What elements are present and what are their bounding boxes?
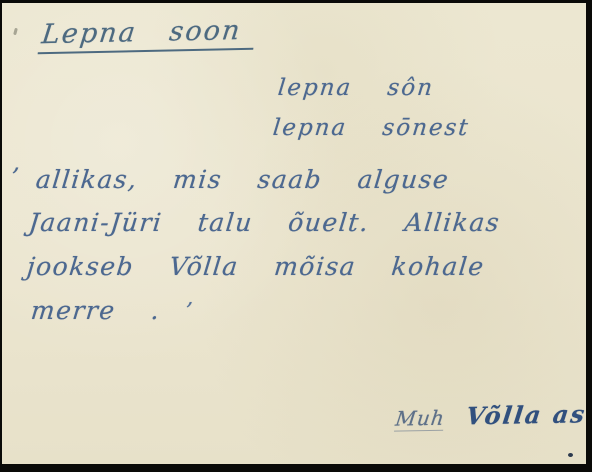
margin-tick-mark: ’ [10, 163, 21, 191]
parish-abbreviation: Muh [394, 406, 446, 432]
ink-dot [568, 453, 573, 457]
pronunciation-line-elative: lepna sōnest [272, 115, 471, 141]
description-line-4: merre . [29, 296, 162, 325]
stray-ink-mark: ’ [184, 299, 194, 324]
index-card-paper: Lepna soon lepna sôn lepna sōnest ’ alli… [2, 3, 586, 464]
place-name: Võlla as [465, 399, 588, 430]
scanned-card: Lepna soon lepna sôn lepna sōnest ’ alli… [0, 0, 592, 472]
location-signature: Muh Võlla as [394, 399, 588, 431]
card-title-underlined: Lepna soon [38, 15, 258, 54]
paper-speck [13, 28, 18, 36]
description-line-3: jookseb Võlla mõisa kohale [25, 252, 486, 281]
description-line-2: Jaani-Jüri talu õuelt. Allikas [27, 208, 501, 237]
pronunciation-line-nominative: lepna sôn [277, 75, 436, 101]
description-line-1: allikas, mis saab alguse [34, 165, 450, 194]
